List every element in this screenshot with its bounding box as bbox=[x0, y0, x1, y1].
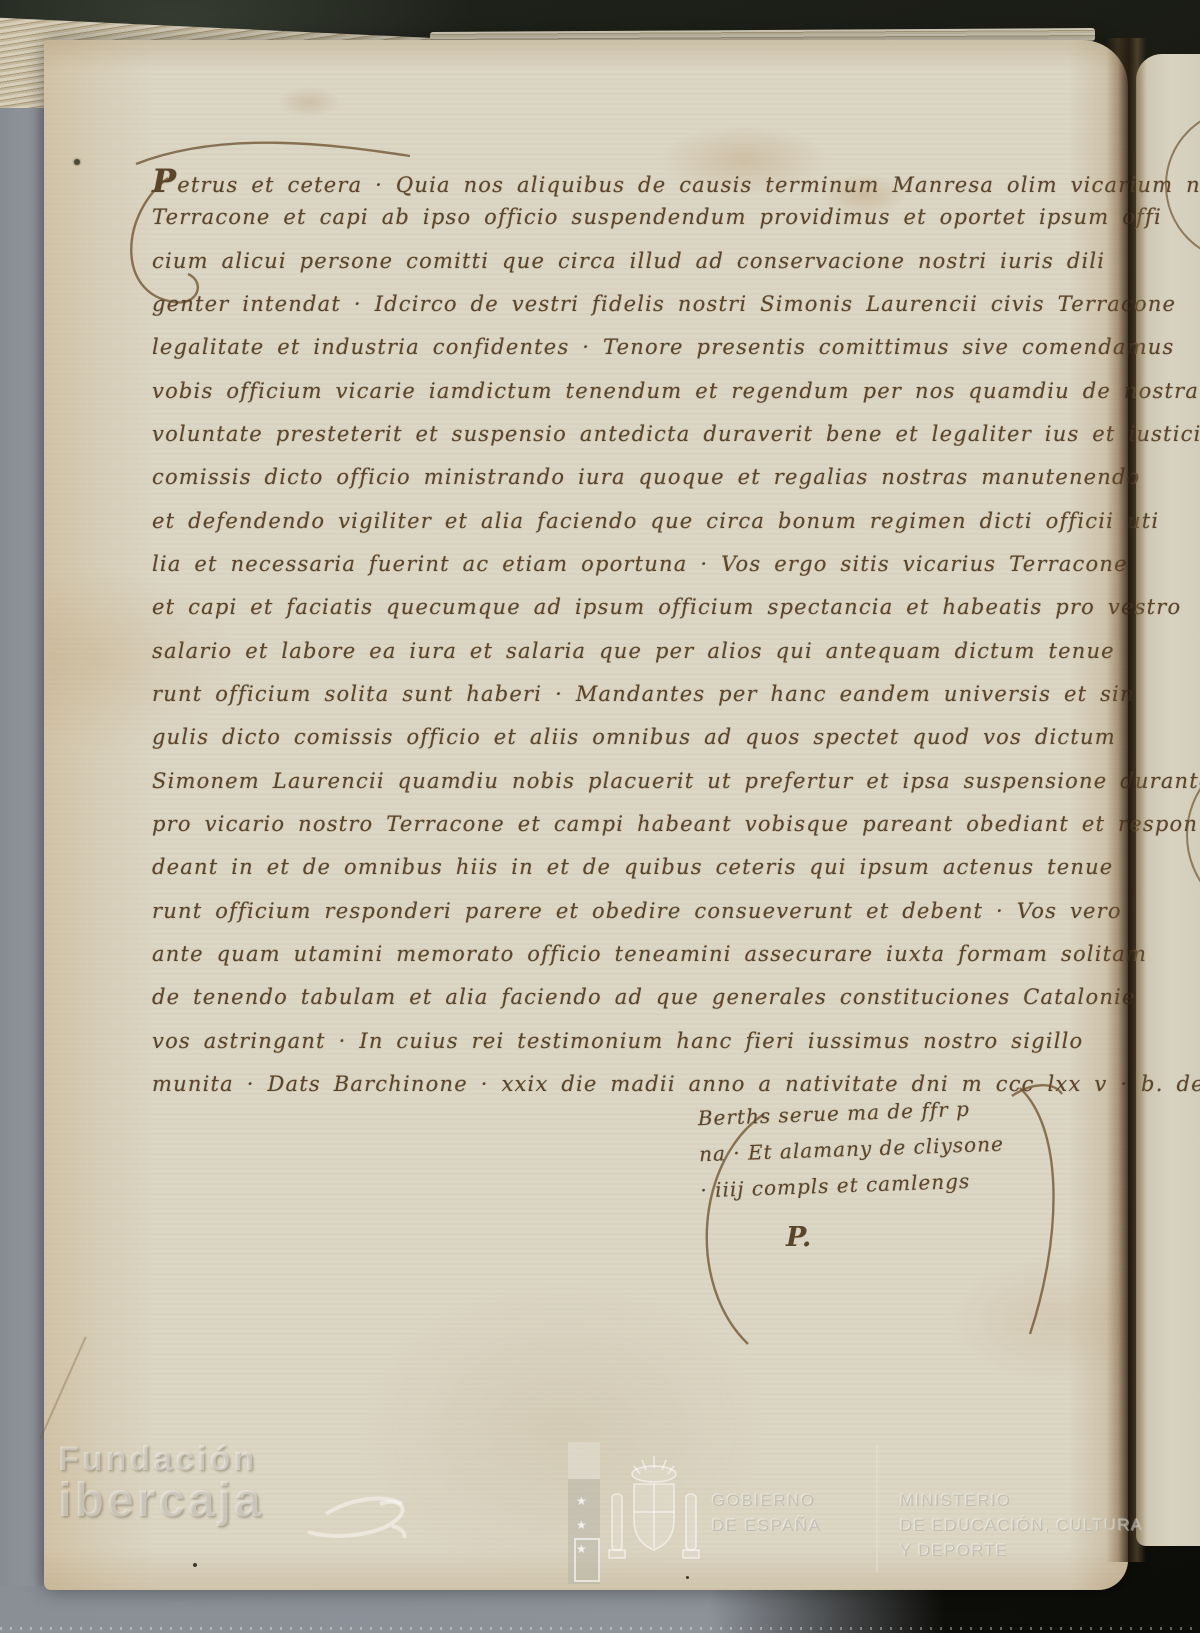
manuscript-text-line: ante quam utamini memorato officio tenea… bbox=[152, 942, 1104, 984]
manuscript-text-line: legalitate et industria confidentes · Te… bbox=[152, 335, 1104, 377]
manuscript-text-line: deant in et de omnibus hiis in et de qui… bbox=[152, 855, 1104, 897]
ink-speck bbox=[686, 1576, 689, 1579]
signature-block: Berths serue ma de ffr p na · Et alamany… bbox=[697, 1088, 1061, 1208]
manuscript-text-line: vos astringant · In cuius rei testimoniu… bbox=[152, 1029, 1104, 1071]
manuscript-text-line: salario et labore ea iura et salaria que… bbox=[152, 639, 1104, 681]
manuscript-text-line: cium alicui persone comitti que circa il… bbox=[152, 249, 1104, 291]
manuscript-text-line: lia et necessaria fuerint ac etiam oport… bbox=[152, 552, 1104, 594]
manuscript-text-line: de tenendo tabulam et alia faciendo ad q… bbox=[152, 985, 1104, 1027]
manuscript-page: Petrus et cetera · Quia nos aliquibus de… bbox=[44, 40, 1128, 1590]
paper-crease bbox=[39, 1336, 86, 1439]
manuscript-text-line: Petrus et cetera · Quia nos aliquibus de… bbox=[152, 162, 1104, 204]
manuscript-text-line: voluntate presteterit et suspensio anted… bbox=[152, 422, 1104, 464]
manuscript-text-line: genter intendat · Idcirco de vestri fide… bbox=[152, 292, 1104, 334]
manuscript-text-line: et capi et faciatis quecumque ad ipsum o… bbox=[152, 595, 1104, 637]
binding-hole bbox=[74, 159, 80, 165]
scanner-bed-bottom bbox=[0, 1586, 945, 1633]
scanner-bed-left bbox=[0, 96, 47, 1633]
scan-edge-dots bbox=[0, 1627, 1200, 1630]
manuscript-text-line: Terracone et capi ab ipso officio suspen… bbox=[152, 205, 1104, 247]
manuscript-text-line: et defendendo vigiliter et alia faciendo… bbox=[152, 509, 1104, 551]
notary-mark: P. bbox=[786, 1222, 811, 1253]
manuscript-text-line: runt officium solita sunt haberi · Manda… bbox=[152, 682, 1104, 724]
ink-speck bbox=[193, 1563, 197, 1567]
manuscript-text-line: comissis dicto officio ministrando iura … bbox=[152, 465, 1104, 507]
manuscript-text-line: Simonem Laurencii quamdiu nobis placueri… bbox=[152, 769, 1104, 811]
manuscript-text-line: vobis officium vicarie iamdictum tenendu… bbox=[152, 379, 1104, 421]
manuscript-text-line: runt officium responderi parere et obedi… bbox=[152, 899, 1104, 941]
manuscript-photo: Petrus et cetera · Quia nos aliquibus de… bbox=[0, 0, 1200, 1633]
manuscript-text-line: pro vicario nostro Terracone et campi ha… bbox=[152, 812, 1104, 854]
facing-page bbox=[1136, 54, 1200, 1546]
manuscript-text-line: gulis dicto comissis officio et aliis om… bbox=[152, 725, 1104, 767]
